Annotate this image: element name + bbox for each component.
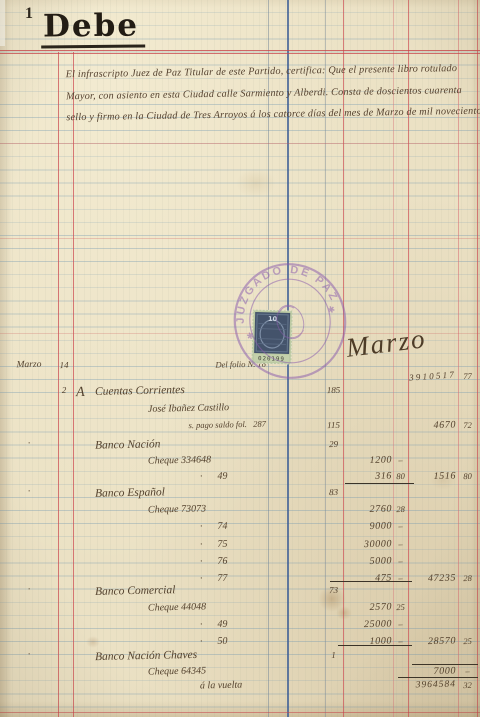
amount-total-cents: 32 — [459, 680, 476, 690]
amount-detail: 9000 — [343, 520, 392, 532]
entry-description: · 76 — [200, 556, 228, 568]
amount-total-cents: 77 — [459, 371, 476, 381]
amount-total: 4670 — [408, 419, 456, 431]
amount-detail: 2760 — [343, 503, 392, 515]
entry-description: Banco Nación Chaves — [95, 649, 197, 663]
amount-total: 3964584 — [408, 679, 456, 690]
ledger-row: Cheque 73073276028 — [0, 504, 480, 520]
sum-rule — [330, 581, 412, 582]
ledger-row: 2ACuentas Corrientes185 — [0, 385, 480, 401]
folio-number: 29 — [325, 439, 342, 449]
entry-day: 14 — [56, 360, 72, 370]
amount-detail-cents: 80 — [394, 471, 407, 481]
entry-description: José Ibañez Castillo — [148, 402, 229, 415]
sum-rule — [412, 664, 478, 665]
amount-detail-cents: – — [394, 619, 407, 629]
amount-detail-cents: 25 — [394, 602, 407, 612]
amount-total-cents: 25 — [459, 636, 476, 646]
amount-detail-cents: – — [394, 521, 407, 531]
entry-description: Cheque 334648 — [148, 454, 211, 466]
amount-detail: 2570 — [343, 601, 392, 613]
entry-description: · 75 — [200, 539, 228, 551]
entry-month: · — [4, 486, 54, 497]
amount-detail: 316 — [343, 470, 392, 482]
folio-number: 83 — [325, 487, 342, 497]
sum-rule — [338, 645, 412, 646]
revenue-stamp-value: 10 — [268, 315, 278, 323]
amount-detail-cents: – — [394, 556, 407, 566]
entry-description: Cheque 64345 — [148, 665, 206, 677]
ledger-row: ·Banco Español83 — [0, 487, 480, 503]
entry-description: Banco Nación — [95, 438, 161, 451]
amount-detail: 25000 — [343, 618, 392, 630]
amount-total-cents: 80 — [459, 471, 476, 481]
entry-note: s. pago saldo fol. 287 — [128, 419, 266, 432]
ledger-row: José Ibañez Castillo — [0, 403, 480, 419]
ledger-row: · 4925000– — [0, 619, 480, 635]
entry-description: · 49 — [200, 619, 228, 631]
amount-detail-cents: – — [394, 455, 407, 465]
ledger-row: · 4931680151680 — [0, 471, 480, 487]
entry-description: á la vuelta — [200, 680, 242, 692]
ledger-row: ·Banco Nación29 — [0, 439, 480, 455]
folio-number: 185 — [325, 385, 342, 395]
entry-month: · — [4, 584, 54, 595]
amount-detail: 475 — [343, 572, 392, 584]
entry-month: · — [4, 649, 54, 660]
amount-detail-cents: 28 — [394, 504, 407, 514]
ledger-page: 1 Debe El infrascripto Juez de Paz Titul… — [0, 0, 480, 717]
ledger-row: · 765000– — [0, 556, 480, 572]
amount-total-cents: – — [459, 666, 476, 676]
sum-rule — [345, 483, 414, 484]
entry-month: · — [4, 438, 54, 449]
entry-lead-letter: A — [76, 385, 85, 401]
amount-total-cents: 72 — [459, 420, 476, 430]
entry-description: · 49 — [200, 471, 228, 483]
entry-description: Cheque 44048 — [148, 601, 206, 613]
ledger-row: · 7530000– — [0, 539, 480, 555]
amount-total: 1516 — [408, 470, 456, 482]
entry-description: Banco Comercial — [95, 584, 176, 598]
ledger-row: ·Banco Comercial73 — [0, 585, 480, 601]
entry-day: 2 — [56, 385, 72, 395]
folio-number: 1 — [325, 650, 342, 660]
amount-detail: 30000 — [343, 538, 392, 550]
entry-description: Banco Español — [95, 486, 165, 499]
entry-note: Del folio N. 18 — [128, 359, 266, 372]
amount-total-cents: 28 — [459, 573, 476, 583]
entry-month: Marzo — [4, 359, 54, 370]
amount-detail-cents: – — [394, 539, 407, 549]
amount-total: 3910517 — [408, 369, 457, 382]
ledger-row: ·Banco Nación Chaves1 — [0, 650, 480, 666]
amount-total: 7000 — [408, 665, 456, 677]
ledger-row: · 749000– — [0, 521, 480, 537]
entry-description: Cuentas Corrientes — [95, 384, 185, 398]
entry-description: · 50 — [200, 636, 228, 648]
revenue-stamp-serial: 020199 — [258, 356, 285, 363]
amount-detail: 5000 — [343, 555, 392, 567]
entry-description: · 77 — [200, 573, 228, 585]
folio-number: 115 — [325, 420, 342, 430]
revenue-stamp: 10 020199 — [251, 309, 293, 369]
entry-description: Cheque 73073 — [148, 503, 206, 515]
amount-total: 47235 — [408, 572, 456, 584]
ledger-row: Cheque 44048257025 — [0, 602, 480, 618]
amount-detail: 1200 — [343, 454, 392, 466]
entry-description: · 74 — [200, 521, 228, 533]
ledger-row: s. pago saldo fol. 287115467072 — [0, 420, 480, 436]
sum-rule — [398, 677, 478, 678]
ledger-rows: Marzo14Del folio N. 183910517772ACuentas… — [0, 0, 480, 717]
folio-number: 73 — [325, 585, 342, 595]
ledger-row: Cheque 3346481200– — [0, 455, 480, 471]
amount-total: 28570 — [408, 635, 456, 647]
ledger-row: á la vuelta396458432 — [0, 680, 480, 696]
